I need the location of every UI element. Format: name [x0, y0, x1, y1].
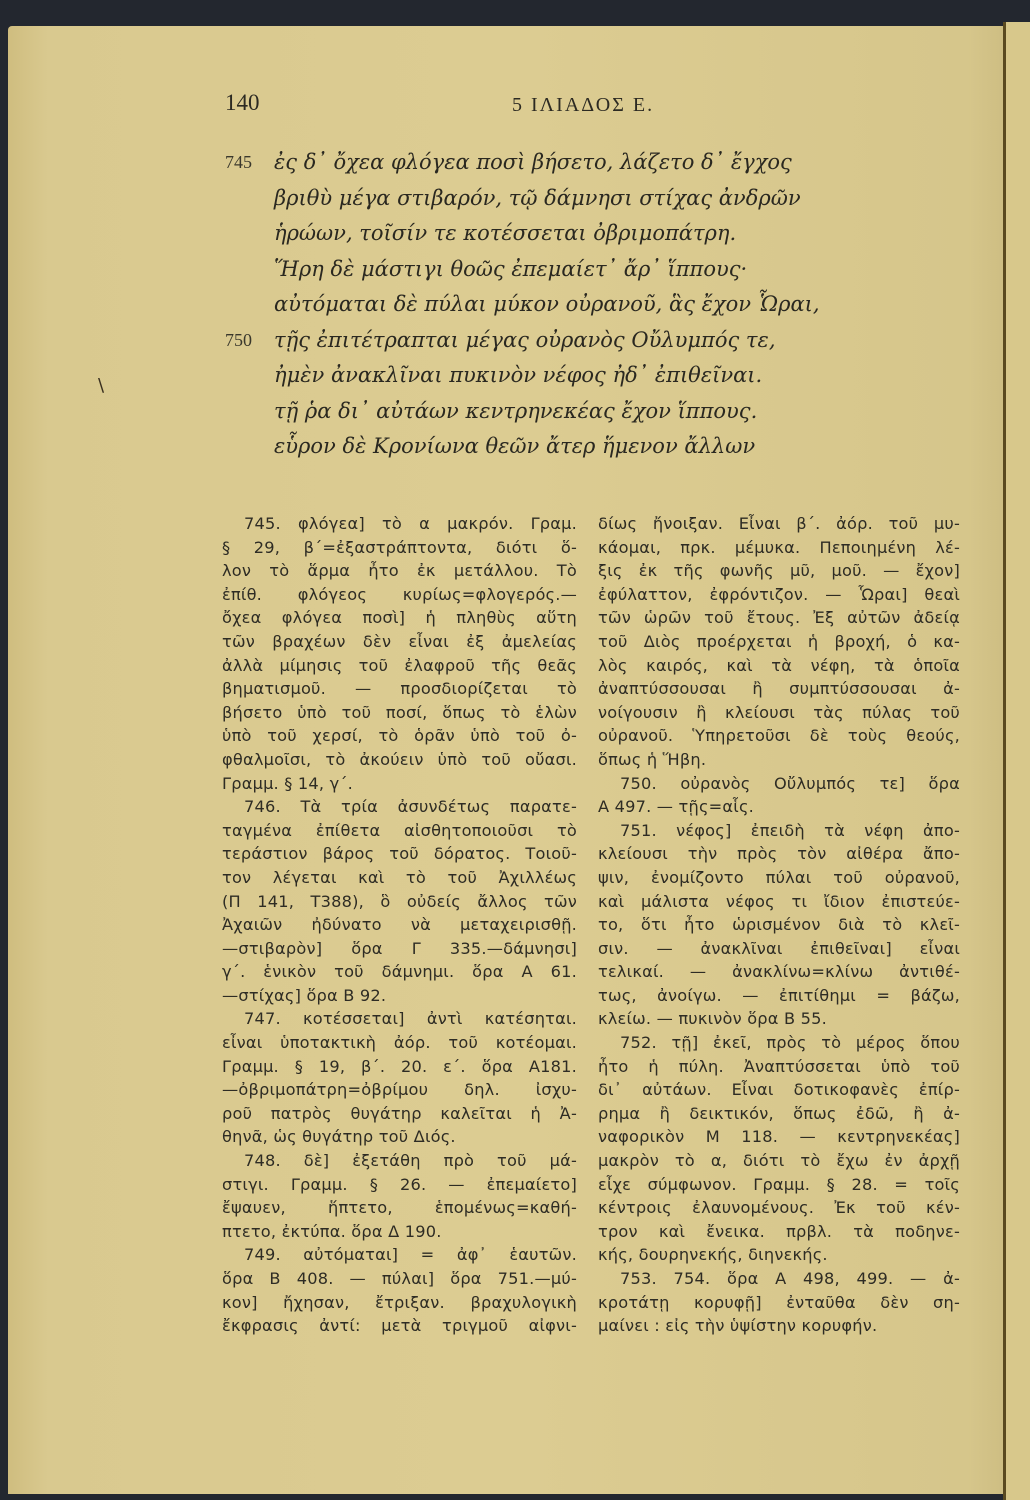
commentary-line: Α 497. — τῇς=αἷς. [598, 795, 960, 819]
commentary-line: —ὀβριμοπάτρη=ὀβρίμου δηλ. ἰσχυ- [222, 1078, 577, 1102]
commentary-line: ὄχεα φλόγεα ποσὶ] ἡ πληθὺς αὕτη [222, 606, 577, 630]
commentary-line: κής, δουρηνεκής, διηνεκής. [598, 1243, 960, 1267]
verse-line: Ἥρη δὲ μάστιγι θοῶς ἐπεμαίετ᾽ ἄρ᾽ ἵππους… [222, 252, 942, 288]
commentary-line: βήσετο ὑπὸ τοῦ ποσί, ὅπως τὸ ἑλὼν [222, 701, 577, 725]
commentary-line: ὅπως ἡ Ἥβη. [598, 748, 960, 772]
verse-text: Ἥρη δὲ μάστιγι θοῶς ἐπεμαίετ᾽ ἄρ᾽ ἵππους… [274, 252, 747, 288]
verse-text: τῇ ῥα δι᾽ αὐτάων κεντρηνεκέας ἔχον ἵππου… [274, 394, 757, 430]
commentary-line: Γραμμ. § 14, γ΄. [222, 772, 577, 796]
commentary-line: 746. Τὰ τρία ἀσυνδέτως παρατε- [222, 795, 577, 819]
verse-text: ἐς δ᾽ ὄχεα φλόγεα ποσὶ βήσετο, λάζετο δ᾽… [274, 145, 792, 181]
commentary-line: φθαλμοῖσι, τὸ ἀκούειν ὑπὸ τοῦ οὔασι. [222, 748, 577, 772]
verse-line: αὐτόμαται δὲ πύλαι μύκον οὐρανοῦ, ἃς ἔχο… [222, 287, 942, 323]
verse-text: εὗρον δὲ Κρονίωνα θεῶν ἄτερ ἥμενον ἄλλων [274, 429, 755, 465]
commentary-line: 753. 754. ὅρα Α 498, 499. — ἀ- [598, 1267, 960, 1291]
line-number: 750 [225, 323, 252, 359]
commentary-line: 745. φλόγεα] τὸ α μακρόν. Γραμ. [222, 512, 577, 536]
commentary-line: πτετο, ἐκτύπα. ὅρα Δ 190. [222, 1220, 577, 1244]
commentary-line: οὐρανοῦ. Ὑπηρετοῦσι δὲ τοὺς θεούς, [598, 724, 960, 748]
verse-line: 750τῇς ἐπιτέτραπται μέγας οὐρανὸς Οὔλυμπ… [222, 323, 942, 359]
commentary-line: τοῦ Διὸς προέρχεται ἡ βροχή, ὁ κα- [598, 630, 960, 654]
commentary-line: τελικαί. — ἀνακλίνω=κλίνω ἀντιθέ- [598, 960, 960, 984]
commentary-line: —στιβαρὸν] ὅρα Γ 335.—δάμνησι] [222, 937, 577, 961]
adjacent-page-edge [1006, 22, 1030, 1500]
commentary-line: ξις ἐκ τῆς φωνῆς μῦ, μοῦ. — ἔχον] [598, 559, 960, 583]
commentary-line: κον] ἤχησαν, ἔτριξαν. βραχυλογικὴ [222, 1291, 577, 1315]
commentary-line: ναφορικὸν Μ 118. — κεντρηνεκέας] [598, 1125, 960, 1149]
running-title: 5 ΙΛΙΑΔΟΣ Ε. [512, 94, 654, 117]
commentary-line: Ἀχαιῶν ἠδύνατο νὰ μεταχειρισθῇ. [222, 913, 577, 937]
commentary-line: στιγι. Γραμμ. § 26. — ἐπεμαίετο] [222, 1173, 577, 1197]
commentary-line: ἀναπτύσσουσαι ἢ συμπτύσσουσαι ἀ- [598, 677, 960, 701]
commentary-line: 747. κοτέσσεται] ἀντὶ κατέσηται. [222, 1007, 577, 1031]
commentary-line: 749. αὐτόμαται] = ἀφ᾽ ἑαυτῶν. [222, 1243, 577, 1267]
verse-line: βριθὺ μέγα στιβαρόν, τῷ δάμνησι στίχας ἀ… [222, 181, 942, 217]
commentary-line: ταγμένα ἐπίθετα αἰσθητοποιοῦσι τὸ [222, 819, 577, 843]
commentary-line: ἀλλὰ μίμησις τοῦ ἐλαφροῦ τῆς θεᾶς [222, 654, 577, 678]
commentary-line: κροτάτῃ κορυφῇ] ἐνταῦθα δὲν ση- [598, 1291, 960, 1315]
verse-line: εὗρον δὲ Κρονίωνα θεῶν ἄτερ ἥμενον ἄλλων [222, 429, 942, 465]
commentary-line: τῶν βραχέων δὲν εἶναι ἐξ ἀμελείας [222, 630, 577, 654]
commentary-line: ὅρα Β 408. — πύλαι] ὅρα 751.—μύ- [222, 1267, 577, 1291]
commentary-line: ἐφύλαττον, ἐφρόντιζον. — Ὧραι] θεαὶ [598, 583, 960, 607]
verse-text: βριθὺ μέγα στιβαρόν, τῷ δάμνησι στίχας ἀ… [274, 181, 801, 217]
margin-pencil-mark: \ [98, 375, 104, 396]
page-header: 140 5 ΙΛΙΑΔΟΣ Ε. [0, 90, 1030, 120]
commentary-line: ψιν, ἐνομίζοντο πύλαι τοῦ οὐρανοῦ, [598, 866, 960, 890]
verse-line: 745ἐς δ᾽ ὄχεα φλόγεα ποσὶ βήσετο, λάζετο… [222, 145, 942, 181]
commentary-line: 750. οὐρανὸς Οὔλυμπός τε] ὅρα [598, 772, 960, 796]
commentary-right-column: δίως ἤνοιξαν. Εἶναι β΄. ἀόρ. τοῦ μυ-κάομ… [598, 512, 960, 1338]
commentary-line: τῶν ὡρῶν τοῦ ἔτους. Ἐξ αὐτῶν ἀδείᾳ [598, 606, 960, 630]
commentary-line: μακρὸν τὸ α, διότι τὸ ἔχω ἐν ἀρχῇ [598, 1149, 960, 1173]
verse-text: ἡρώων, τοῖσίν τε κοτέσσεται ὀβριμοπάτρη. [274, 216, 736, 252]
verse-text: τῇς ἐπιτέτραπται μέγας οὐρανὸς Οὔλυμπός … [274, 323, 776, 359]
commentary-line: γ΄. ἑνικὸν τοῦ δάμνημι. ὅρα Α 61. [222, 960, 577, 984]
commentary-line: Γραμμ. § 19, β΄. 20. ε΄. ὅρα Α181. [222, 1055, 577, 1079]
commentary-line: νοίγουσιν ἢ κλείουσι τὰς πύλας τοῦ [598, 701, 960, 725]
commentary-line: (Π 141, Τ388), ὃ οὐδείς ἄλλος τῶν [222, 890, 577, 914]
commentary-line: ροῦ πατρὸς θυγάτηρ καλεῖται ἡ Ἀ- [222, 1102, 577, 1126]
commentary-line: ὑπὸ τοῦ χερσί, τὸ ὁρᾶν ὑπὸ τοῦ ὀ- [222, 724, 577, 748]
commentary-line: ἦτο ἡ πύλη. Ἀναπτύσσεται ὑπὸ τοῦ [598, 1055, 960, 1079]
commentary-line: εἶναι ὑποτακτικὴ ἀόρ. τοῦ κοτέομαι. [222, 1031, 577, 1055]
commentary-line: σιν. — ἀνακλῖναι ἐπιθεῖναι] εἶναι [598, 937, 960, 961]
verse-line: τῇ ῥα δι᾽ αὐτάων κεντρηνεκέας ἔχον ἵππου… [222, 394, 942, 430]
commentary-line: 751. νέφος] ἐπειδὴ τὰ νέφη ἀπο- [598, 819, 960, 843]
commentary-line: μαίνει : εἰς τὴν ὑψίστην κορυφήν. [598, 1314, 960, 1338]
commentary-left-column: 745. φλόγεα] τὸ α μακρόν. Γραμ.§ 29, β΄=… [222, 512, 577, 1338]
commentary-line: 748. δὲ] ἐξετάθη πρὸ τοῦ μά- [222, 1149, 577, 1173]
commentary-line: τεράστιον βάρος τοῦ δόρατος. Τοιοῦ- [222, 842, 577, 866]
commentary-line: κέντροις ἐλαυνομένους. Ἐκ τοῦ κέν- [598, 1196, 960, 1220]
commentary-line: τως, ἀνοίγω. — ἐπιτίθημι = βάζω, [598, 984, 960, 1008]
commentary-line: καὶ μάλιστα νέφος τι ἴδιον ἐπιστεύε- [598, 890, 960, 914]
commentary-line: κλείω. — πυκινὸν ὅρα Β 55. [598, 1007, 960, 1031]
commentary-line: δι᾽ αὐτάων. Εἶναι δοτικοφανὲς ἐπίρ- [598, 1078, 960, 1102]
verse-text: αὐτόμαται δὲ πύλαι μύκον οὐρανοῦ, ἃς ἔχο… [274, 287, 820, 323]
verse-line: ἡρώων, τοῖσίν τε κοτέσσεται ὀβριμοπάτρη. [222, 216, 942, 252]
commentary-line: 752. τῇ] ἐκεῖ, πρὸς τὸ μέρος ὅπου [598, 1031, 960, 1055]
line-number: 745 [225, 145, 252, 181]
commentary-line: § 29, β΄=ἐξαστράπτοντα, διότι ὅ- [222, 536, 577, 560]
commentary-line: εἶχε σύμφωνον. Γραμμ. § 28. = τοῖς [598, 1173, 960, 1197]
verse-block: 745ἐς δ᾽ ὄχεα φλόγεα ποσὶ βήσετο, λάζετο… [222, 145, 942, 465]
commentary-line: βηματισμοῦ. — προσδιορίζεται τὸ [222, 677, 577, 701]
commentary-line: —στίχας] ὅρα Β 92. [222, 984, 577, 1008]
commentary-line: λὸς καιρός, καὶ τὰ νέφη, τὰ ὁποῖα [598, 654, 960, 678]
commentary-line: ρημα ἢ δεικτικόν, ὅπως ἐδῶ, ἢ ἀ- [598, 1102, 960, 1126]
commentary-line: λον τὸ ἅρμα ἦτο ἐκ μετάλλου. Τὸ [222, 559, 577, 583]
commentary-line: ἔκφρασις ἀντί: μετὰ τριγμοῦ αἰφνι- [222, 1314, 577, 1338]
verse-text: ἠμὲν ἀνακλῖναι πυκινὸν νέφος ἠδ᾽ ἐπιθεῖν… [274, 358, 762, 394]
commentary-line: ἐπίθ. φλόγεος κυρίως=φλογερός.— [222, 583, 577, 607]
commentary-line: κάομαι, πρκ. μέμυκα. Πεποιημένη λέ- [598, 536, 960, 560]
verse-line: ἠμὲν ἀνακλῖναι πυκινὸν νέφος ἠδ᾽ ἐπιθεῖν… [222, 358, 942, 394]
commentary-line: δίως ἤνοιξαν. Εἶναι β΄. ἀόρ. τοῦ μυ- [598, 512, 960, 536]
commentary-line: θηνᾶ, ὡς θυγάτηρ τοῦ Διός. [222, 1125, 577, 1149]
commentary-line: τον λέγεται καὶ τὸ τοῦ Ἀχιλλέως [222, 866, 577, 890]
commentary-line: το, ὅτι ἦτο ὡρισμένον διὰ τὸ κλεῖ- [598, 913, 960, 937]
commentary-line: κλείουσι τὴν πρὸς τὸν αἰθέρα ἄπο- [598, 842, 960, 866]
commentary-line: ἔψαυεν, ἥπτετο, ἑπομένως=καθή- [222, 1196, 577, 1220]
commentary-line: τρον καὶ ἔνεικα. πρβλ. τὰ ποδηνε- [598, 1220, 960, 1244]
page-number: 140 [225, 90, 260, 116]
